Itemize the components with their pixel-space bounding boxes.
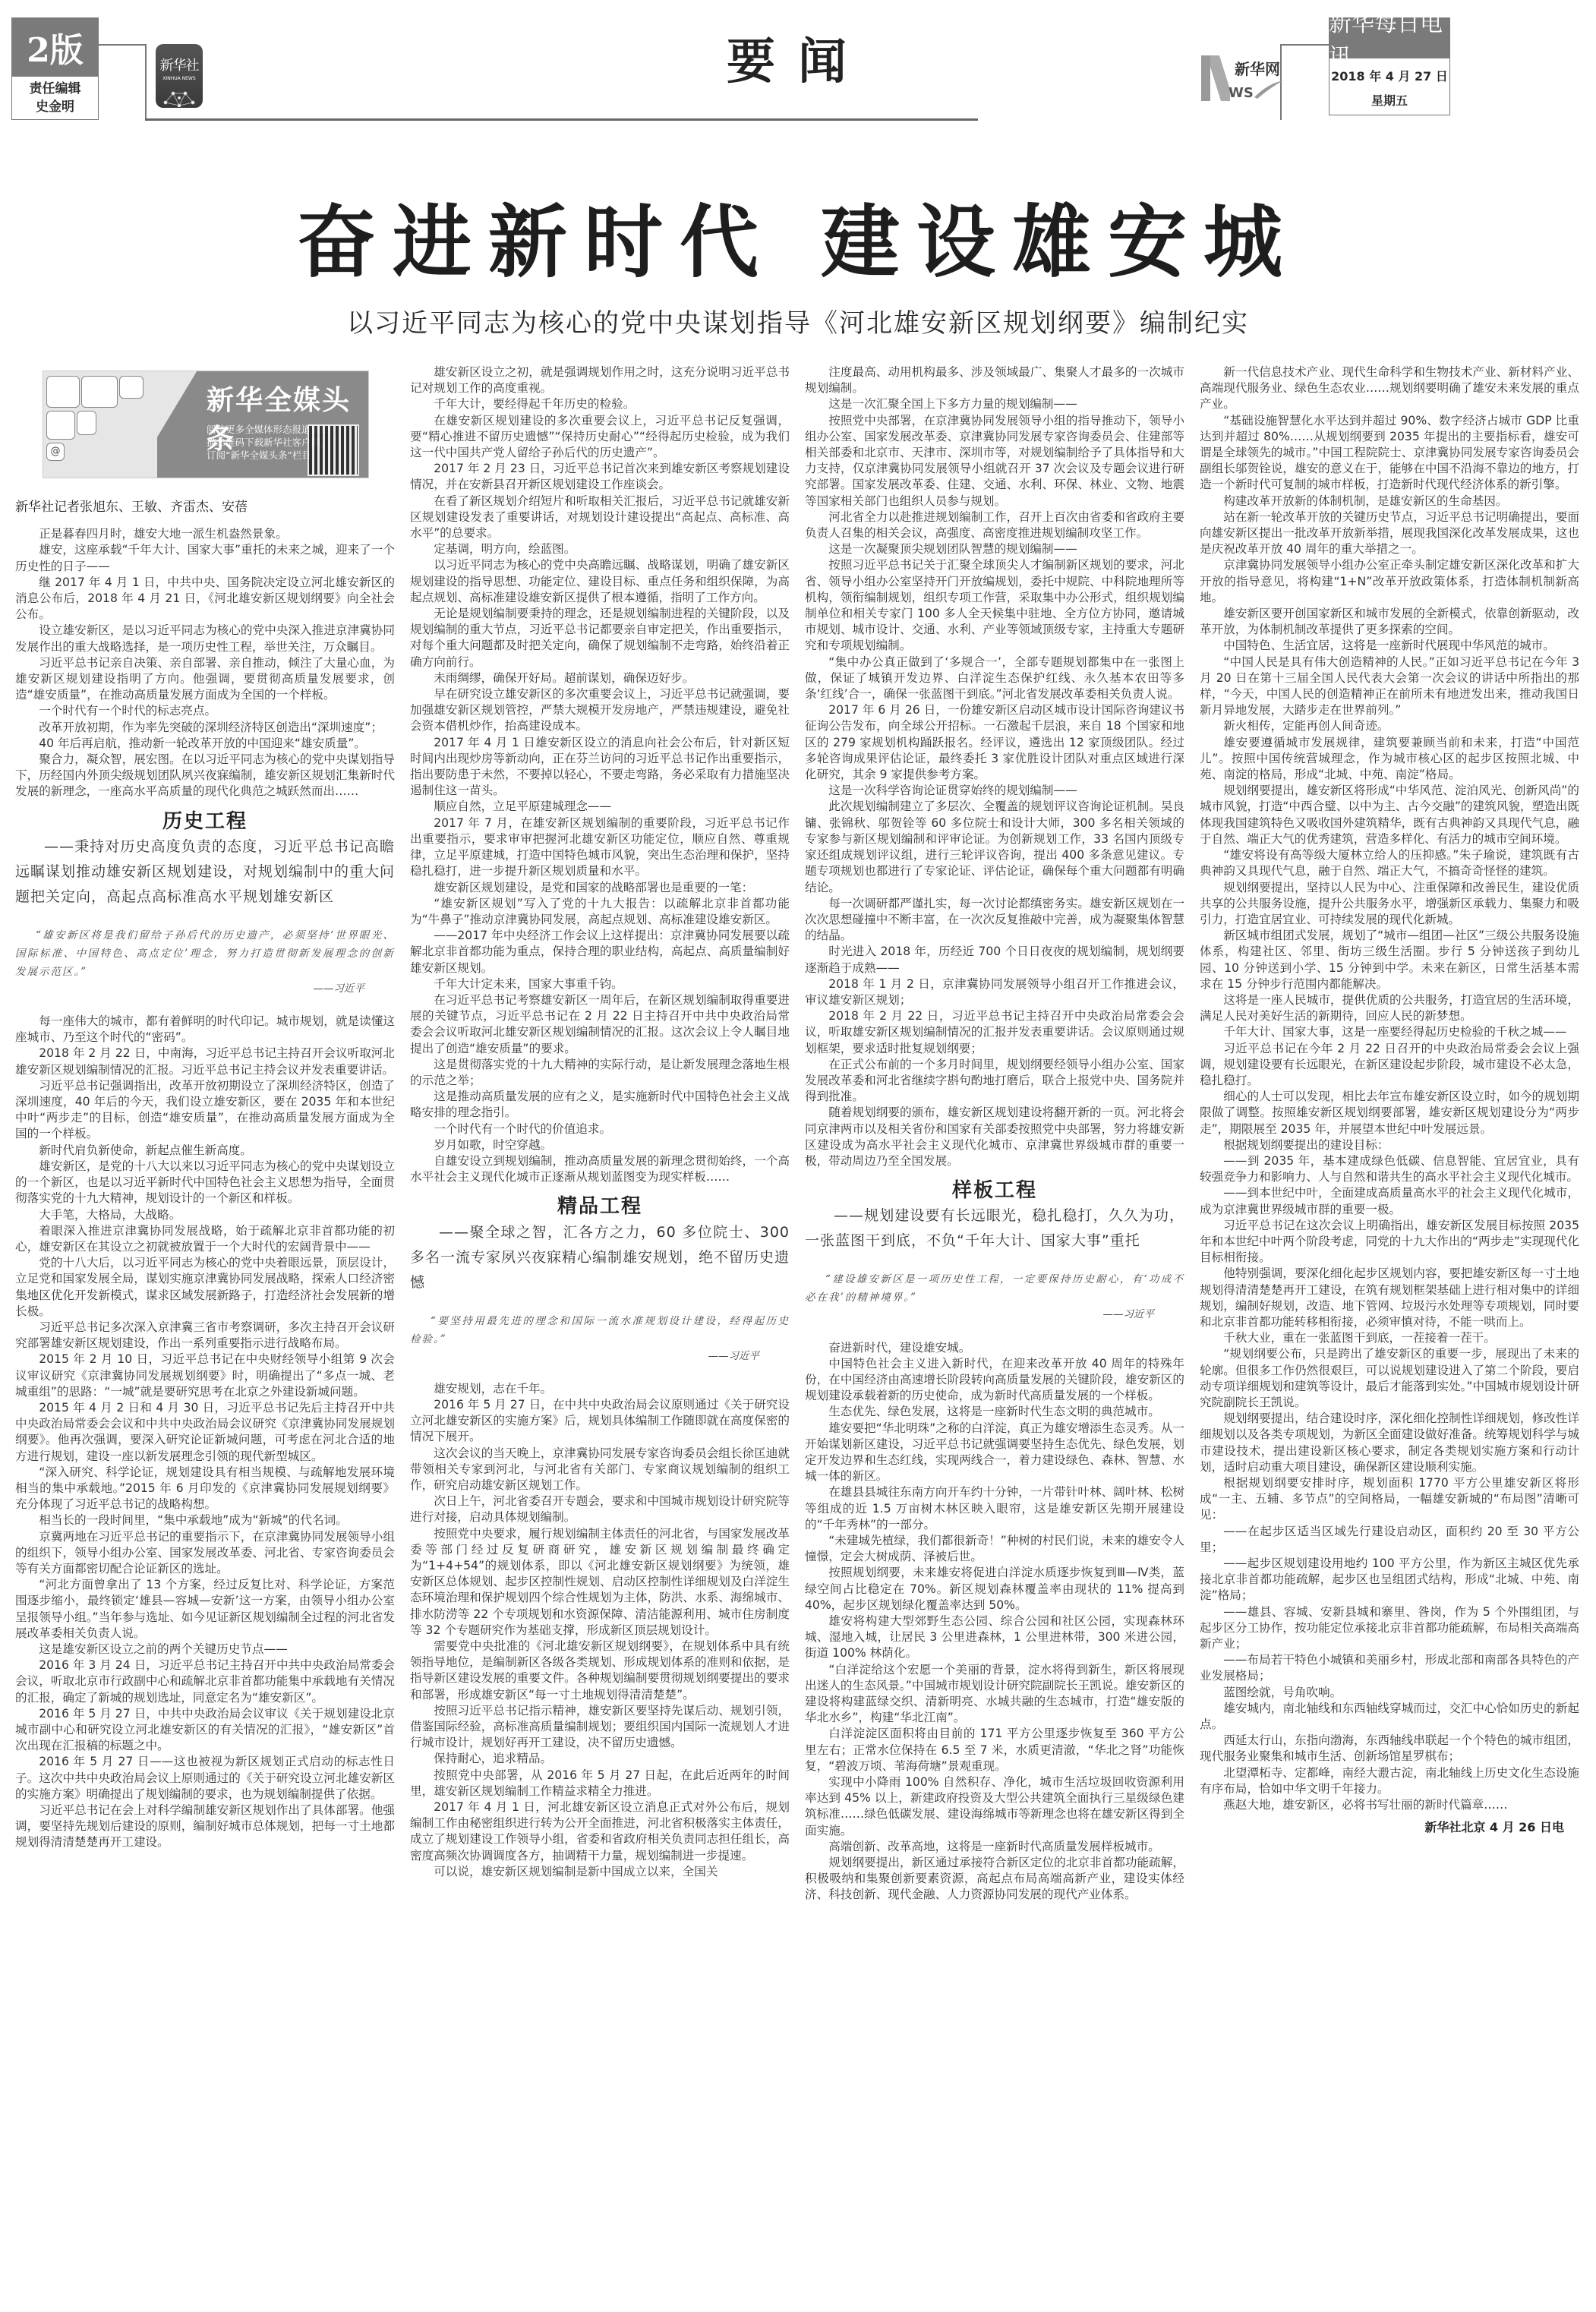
paragraph: 岁月如歌，时空穿越。: [410, 1137, 790, 1153]
paragraph: 聚合力，凝众智，展宏图。在以习近平同志为核心的党中央谋划指导下，历经国内外顶尖级…: [15, 752, 395, 800]
paragraph: “雄安将设有高等级大厦林立给人的压抑感。”朱子瑜说，建筑既有古典神韵又具现代气息…: [1200, 847, 1579, 879]
paragraph: 奋进新时代，建设雄安城。: [805, 1340, 1184, 1356]
paragraph: “集中办公真正做到了‘多规合一’，全部专题规划都集中在一张图上做，保证了城镇开发…: [805, 654, 1184, 703]
paper-name: 新华每日电讯: [1329, 17, 1450, 58]
paragraph: 雄安要遵循城市发展规律，建筑要兼顾当前和未来，打造“中国范儿”。按照中国传统营城…: [1200, 735, 1579, 784]
paragraph: 规划纲要提出，结合建设时序，深化细化控制性详细规划，修改性详细规划以及各类专项规…: [1200, 1411, 1579, 1475]
quote-model: “建设雄安新区是一项历史性工程，一定要保持历史耐心，有‘功成不必在我’的精神境界…: [805, 1270, 1184, 1307]
paragraph: 相当长的一段时间里，“集中承载地”成为“新城”的代名词。: [15, 1512, 395, 1528]
paragraph: “白洋淀给这个宏愿一个美丽的背景，淀水将得到新生，新区将展现出迷人的生态风景。”…: [805, 1662, 1184, 1727]
paragraph: “河北方面曾拿出了 13 个方案，经过反复比对、科学论证，方案范围逐步缩小，最终…: [15, 1577, 395, 1642]
paragraph: 习近平总书记在这次会议上明确指出，雄安新区发展目标按照 2035 年和本世纪中叶…: [1200, 1218, 1579, 1266]
paragraph: 千年大计定未来，国家大事重千钧。: [410, 976, 790, 992]
paragraph: 改革开放初期，作为率先突破的深圳经济特区创造出“深圳速度”；: [15, 720, 395, 736]
paragraph: 2017 年 4 月 1 日，河北雄安新区设立消息正式对外公布后，规划编制工作由…: [410, 1799, 790, 1864]
paper-info-box: 新华每日电讯 2018 年 4 月 27 日 星期五: [1329, 17, 1450, 115]
paragraph: 随着规划纲要的颁布，雄安新区规划建设将翻开新的一页。河北将会同京津两市以及相关省…: [805, 1105, 1184, 1169]
paragraph: 新火相传，定能再创人间奇迹。: [1200, 718, 1579, 734]
paragraph: 这是推动高质量发展的应有之义，是实施新时代中国特色社会主义战略安排的理念指引。: [410, 1089, 790, 1121]
paragraph: 2017 年 6 月 26 日，一份雄安新区启动区城市设计国际咨询建议书征询公告…: [805, 702, 1184, 783]
paragraph: 在习近平总书记考察雄安新区一周年后，在新区规划编制取得重要进展的关键节点，习近平…: [410, 992, 790, 1057]
paragraph: 新时代肩负新使命，新起点催生新高度。: [15, 1143, 395, 1159]
editor-name: 史金明: [12, 98, 98, 116]
paragraph: 这是一次科学咨询论证贯穿始终的规划编制——: [805, 783, 1184, 799]
main-headline: 奋进新时代建设雄安城: [0, 178, 1596, 292]
svg-text:WS: WS: [1229, 85, 1254, 101]
headline-part-1: 奋进新时代: [297, 196, 775, 289]
section-subtitle-model: ——规划建设要有长远眼光，稳扎稳打，久久为功，一张蓝图干到底，不负“千年大计、国…: [805, 1203, 1184, 1254]
paragraph: 每一次调研都严谨扎实，每一次讨论都缜密务实。雄安新区规划在一次次思想碰撞中不断丰…: [805, 896, 1184, 945]
paragraph: 这次会议的当天晚上，京津冀协同发展专家咨询委员会组长徐匡迪就带领相关专家到河北，…: [410, 1446, 790, 1494]
model-paragraphs: 奋进新时代，建设雄安城。中国特色社会主义进入新时代，在迎来改革开放 40 周年的…: [805, 1340, 1184, 1904]
paragraph: 正是暮春四月时，雄安大地一派生机盎然景象。: [15, 526, 395, 542]
paragraph: 实现中小降雨 100% 自然积存、净化，城市生活垃圾回收资源利用率达到 45% …: [805, 1774, 1184, 1839]
paragraph: 注度最高、动用机构最多、涉及领域最广、集聚人才最多的一次城市规划编制。: [805, 364, 1184, 396]
paragraph: 生态优先、绿色发展，这将是一座新时代生态文明的典范城市。: [805, 1404, 1184, 1420]
paragraph: 习近平总书记在会上对科学编制雄安新区规划作出了具体部署。他强调，要坚持先规划后建…: [15, 1803, 395, 1851]
paragraph: 千年大计、国家大事，这是一座要经得起历史检验的千秋之城——: [1200, 1024, 1579, 1040]
paragraph: 细心的人士可以发现，相比去年宣布雄安新区设立时，如今的规划期限做了调整。按照雄安…: [1200, 1089, 1579, 1137]
paragraph: 中国特色、生活宜居，这将是一座新时代展现中华风范的城市。: [1200, 638, 1579, 654]
paragraph: 雄安新区，是党的十八大以来以习近平同志为核心的党中央谋划设立的一个新区，也是以习…: [15, 1159, 395, 1207]
at-icon: @: [46, 443, 65, 461]
qr-code-icon[interactable]: [308, 424, 359, 476]
column-4: 新一代信息技术产业、现代生命科学和生物技术产业、新材料产业、高端现代服务业、绿色…: [1200, 364, 1579, 1835]
paragraph: 雄安将构建大型郊野生态公园、综合公园和社区公园，实现森林环城、湿地入城，让居民 …: [805, 1613, 1184, 1662]
paragraph: 他特别强调，要深化细化起步区规划内容，要把雄安新区每一寸土地规划得清清楚楚再开工…: [1200, 1266, 1579, 1330]
paragraph: ——布局若干特色小城镇和美丽乡村，形成北部和南部各具特色的产业发展格局；: [1200, 1652, 1579, 1684]
paragraph: 2018 年 1 月 2 日，京津冀协同发展领导小组召开工作推进会议，审议雄安新…: [805, 976, 1184, 1008]
paragraph: “深入研究、科学论证，规划建设具有相当规模、与疏解地发展环境相当的集中承载地。”…: [15, 1465, 395, 1513]
paragraph: 规划纲要提出，新区通过承接符合新区定位的北京非首都功能疏解，积极吸纳和集聚创新要…: [805, 1855, 1184, 1904]
qr-small-icon: [119, 376, 144, 399]
paragraph: 按照党中央要求，履行规划编制主体责任的河北省，与国家发展改革委等部门经过反复研商…: [410, 1526, 790, 1639]
paragraph: 设立雄安新区，是以习近平同志为核心的党中央深入推进京津冀协同发展作出的重大战略选…: [15, 623, 395, 654]
paragraph: 每一座伟大的城市，都有着鲜明的时代印记。城市规划，就是读懂这座城市、乃至这个时代…: [15, 1014, 395, 1046]
paragraph: 时光进入 2018 年，历经近 700 个日日夜夜的规划编制，规划纲要逐渐趋于成…: [805, 944, 1184, 976]
byline: 新华社记者张旭东、王敏、齐雷杰、安蓓: [15, 500, 395, 516]
column-4-paragraphs: 新一代信息技术产业、现代生命科学和生物技术产业、新材料产业、高端现代服务业、绿色…: [1200, 364, 1579, 1813]
paragraph: 习近平总书记在今年 2 月 22 日召开的中央政治局常委会会议上强调，规划建设要…: [1200, 1041, 1579, 1090]
quote-attribution: ——习近平: [410, 1348, 759, 1364]
paragraph: 构建改革开放新的体制机制，是雄安新区的生命基因。: [1200, 494, 1579, 509]
paragraph: 习近平总书记强调指出，改革开放初期设立了深圳经济特区，创造了深圳速度，40 年后…: [15, 1078, 395, 1143]
paragraph: 规划纲要提出，雄安新区将形成“中华风范、淀泊风光、创新风尚”的城市风貌，打造“中…: [1200, 783, 1579, 847]
paragraph: 一个时代有一个时代的标志亮点。: [15, 703, 395, 719]
paragraph: 高端创新、改革高地，这将是一座新时代高质量发展样板城市。: [805, 1839, 1184, 1855]
section-subtitle-history: ——秉持对历史高度负责的态度，习近平总书记高瞻远瞩谋划推动雄安新区规划建设，对规…: [15, 834, 395, 910]
paragraph: 燕赵大地，雄安新区，必将书写壮丽的新时代篇章……: [1200, 1797, 1579, 1813]
paragraph: 按照规划纲要，未来雄安将促进白洋淀水质逐步恢复到Ⅲ—Ⅳ类，蓝绿空间占比稳定在 7…: [805, 1565, 1184, 1613]
section-subtitle-quality: ——聚全球之智，汇各方之力，60 多位院士、300 多名一流专家夙兴夜寐精心编制…: [410, 1220, 790, 1295]
paragraph: 雄安新区要开创国家新区和城市发展的全新模式，依靠创新驱动，改革开放，为体制机制改…: [1200, 606, 1579, 638]
paragraph: 2016 年 5 月 27 日——这也被视为新区规划正式启动的标志性日子。这次中…: [15, 1754, 395, 1803]
paragraph: 一个时代有一个时代的价值追求。: [410, 1121, 790, 1137]
masthead-rule: [145, 118, 978, 121]
paragraph: 根据规划纲要提出的建设目标：: [1200, 1137, 1579, 1153]
paragraph: 可以说，雄安新区规划编制是新中国成立以来，全国关: [410, 1864, 790, 1880]
paragraph: 雄安要把“华北明珠”之称的白洋淀，真正为雄安增添生态灵秀。从一开始谋划新区建设，…: [805, 1421, 1184, 1485]
paragraph: 这是雄安新区设立之前的两个关键历史节点——: [15, 1642, 395, 1658]
paragraph: 顺应自然，立足平原建城理念——: [410, 799, 790, 815]
issue-weekday: 星期五: [1329, 89, 1449, 113]
paragraph: 这将是一座人民城市，提供优质的公共服务，打造宜居的生活环境，满足人民对美好生活的…: [1200, 992, 1579, 1024]
column-1: 新华社记者张旭东、王敏、齐雷杰、安蓓 正是暮春四月时，雄安大地一派生机盎然景象。…: [15, 486, 395, 1851]
paragraph: ——2017 年中央经济工作会议上这样提出：京津冀协同发展要以疏解北京非首都功能…: [410, 928, 790, 976]
paragraph: 站在新一轮改革开放的关键历史节点，习近平总书记明确提出，要面向雄安新区提出一批改…: [1200, 509, 1579, 558]
promo-banner: @ 新华全媒头条 阅读更多全媒体形态报道请扫描二维码下载新华社客户端，订阅“新华…: [43, 371, 369, 478]
intro-paragraphs: 正是暮春四月时，雄安大地一派生机盎然景象。雄安，这座承载“千年大计、国家大事”重…: [15, 526, 395, 800]
paragraph: “规划纲要公布，只是跨出了雄安新区的重要一步，展现出了未来的轮廓。但很多工作仍然…: [1200, 1346, 1579, 1411]
issue-date-block: 2018 年 4 月 27 日 星期五: [1329, 58, 1450, 115]
paragraph: ——到 2035 年，基本建成绿色低碳、信息智能、宜居宜业，具有较强竞争力和影响…: [1200, 1153, 1579, 1185]
paragraph: 京冀两地在习近平总书记的重要指示下，在京津冀协同发展领导小组的组织下，领导小组办…: [15, 1529, 395, 1578]
paragraph: ——起步区规划建设用地约 100 平方公里，作为新区主城区优先承接北京非首都功能…: [1200, 1556, 1579, 1604]
paragraph: 2016 年 5 月 27 日，在中共中央政治局会议原则通过《关于研究设立河北雄…: [410, 1397, 790, 1446]
paragraph: 千年大计，要经得起千年历史的检验。: [410, 396, 790, 412]
paragraph: 千秋大业，重在一张蓝图干到底，一茬接着一茬干。: [1200, 1330, 1579, 1346]
paragraph: 早在研究设立雄安新区的多次重要会议上，习近平总书记就强调，要加强雄安新区规划管控…: [410, 686, 790, 735]
section-heading-quality: 精品工程: [410, 1199, 790, 1215]
paragraph: 2017 年 2 月 23 日，习近平总书记首次来到雄安新区考察规划建设情况，并…: [410, 461, 790, 493]
column-2-paragraphs: 雄安新区设立之初，就是强调规划作用之时，这充分说明习近平总书记对规划工作的高度重…: [410, 364, 790, 1185]
paragraph: 2017 年 7 月，在雄安新区规划编制的重要阶段，习近平总书记作出重要指示，要…: [410, 815, 790, 880]
paragraph: 雄安，这座承载“千年大计、国家大事”重托的未来之城，迎来了一个历史性的日子——: [15, 542, 395, 574]
paragraph: 河北省全力以赴推进规划编制工作，召开上百次由省委和省政府主要负责人召集的相关会议…: [805, 509, 1184, 541]
paragraph: 在看了新区规划介绍短片和听取相关汇报后，习近平总书记就雄安新区规划建设发表了重要…: [410, 494, 790, 542]
paragraph: ——雄县、容城、安新县城和寨里、昝岗，作为 5 个外围组团，与起步区分工协作，按…: [1200, 1604, 1579, 1653]
paragraph: 京津冀协同发展领导小组办公室正牵头制定雄安新区深化改革和扩大开放的指导意见，将构…: [1200, 557, 1579, 606]
quote-attribution: ——习近平: [15, 981, 364, 997]
paragraph: “未建城先植绿，我们都很新奇！”种树的村民们说，未来的雄安令人憧憬，定会大树成荫…: [805, 1533, 1184, 1565]
paragraph: 以习近平同志为核心的党中央高瞻远瞩、战略谋划，明确了雄安新区规划建设的指导思想、…: [410, 557, 790, 606]
svg-text:新华网: 新华网: [1235, 60, 1280, 78]
issue-date: 2018 年 4 月 27 日: [1329, 65, 1449, 89]
paragraph: 2015 年 4 月 2 日和 4 月 30 日，习近平总书记先后主持召开中共中…: [15, 1400, 395, 1465]
section-heading-model: 样板工程: [805, 1183, 1184, 1199]
column-3: 注度最高、动用机构最多、涉及领域最广、集聚人才最多的一次城市规划编制。这是一次汇…: [805, 364, 1184, 1904]
paragraph: 这是一次凝聚顶尖规划团队智慧的规划编制——: [805, 541, 1184, 557]
quote-history: “雄安新区将是我们留给子孙后代的历史遗产，必须坚持‘世界眼光、国际标准、中国特色…: [15, 926, 395, 981]
paragraph: 2017 年 4 月 1 日雄安新区设立的消息向社会公布后，针对新区短时间内出现…: [410, 735, 790, 800]
paragraph: 2016 年 5 月 27 日，中共中央政治局会议审议《关于规划建设北京城市副中…: [15, 1706, 395, 1755]
paragraph: 按照习近平总书记关于汇聚全球顶尖人才编制新区规划的要求，河北省、领导小组办公室坚…: [805, 557, 1184, 654]
paragraph: 这是一次汇聚全国上下多方力量的规划编制——: [805, 396, 1184, 412]
paragraph: 此次规划编制建立了多层次、全覆盖的规划评议咨询论证机制。吴良镛、张锦秋、邬贺铨等…: [805, 799, 1184, 895]
headline-part-2: 建设雄安城: [821, 196, 1299, 289]
paragraph: 按照党中央部署，从 2016 年 5 月 27 日起，在此后近两年的时间里，雄安…: [410, 1768, 790, 1799]
paragraph: 40 年后再启航，推动新一轮改革开放的中国迎来“雄安质量”。: [15, 736, 395, 752]
paragraph: 根据规划纲要安排时序，规划面积 1770 平方公里雄安新区将形成“一主、五辅、多…: [1200, 1475, 1579, 1524]
paragraph: “基础设施智慧化水平达到并超过 90%、数字经济占城市 GDP 比重达到并超过 …: [1200, 413, 1579, 494]
drone-icon: [46, 411, 75, 440]
paragraph: 这是贯彻落实党的十九大精神的实际行动，是让新发展理念落地生根的示范之举；: [410, 1057, 790, 1089]
paragraph: “中国人民是具有伟大创造精神的人民。”正如习近平总书记在今年 3 月 20 日在…: [1200, 654, 1579, 719]
section-heading-history: 历史工程: [15, 814, 395, 830]
paragraph: 定基调，明方向，绘蓝图。: [410, 541, 790, 557]
paragraph: 在雄安新区规划建设的多次重要会议上，习近平总书记反复强调，要“精心推进不留历史遗…: [410, 413, 790, 462]
paragraph: 北望潭柘寺、定都峰，南经大溵古淀，南北轴线上历史文化生态设施有序布局，恰如中华文…: [1200, 1765, 1579, 1797]
column-3-paragraphs: 注度最高、动用机构最多、涉及领域最广、集聚人才最多的一次城市规划编制。这是一次汇…: [805, 364, 1184, 1169]
paragraph: 新一代信息技术产业、现代生命科学和生物技术产业、新材料产业、高端现代服务业、绿色…: [1200, 364, 1579, 413]
column-2: 雄安新区设立之初，就是强调规划作用之时，这充分说明习近平总书记对规划工作的高度重…: [410, 364, 790, 1880]
xinhua-app-icon: [81, 376, 118, 408]
paragraph: 大手笔，大格局，大战略。: [15, 1207, 395, 1223]
paragraph: 继 2017 年 4 月 1 日，中共中央、国务院决定设立河北雄安新区的消息公布…: [15, 575, 395, 623]
sub-headline: 以习近平同志为核心的党中央谋划指导《河北雄安新区规划纲要》编制纪实: [0, 302, 1596, 339]
phone-icon: [77, 411, 96, 435]
paragraph: ——到本世纪中叶，全面建成高质量高水平的社会主义现代化城市，成为京津冀世界级城市…: [1200, 1185, 1579, 1217]
paragraph: 按照习近平总书记指示精神，雄安新区要坚持先谋后动、规划引领，借鉴国际经验，高标准…: [410, 1703, 790, 1752]
paragraph: 在雄县县城往东南方向开车约十分钟，一片带针叶林、阔叶林、松树等组成的近 1.5 …: [805, 1484, 1184, 1533]
paragraph: 蓝图绘就，号角吹响。: [1200, 1685, 1579, 1701]
paragraph: 在正式公布前的一个多月时间里，规划纲要经领导小组办公室、国家发展改革委和河北省继…: [805, 1057, 1184, 1106]
paragraph: 保持耐心，追求精品。: [410, 1751, 790, 1767]
paragraph: “雄安新区规划”写入了党的十九大报告：以疏解北京非首都功能为“牛鼻子”推动京津冀…: [410, 896, 790, 928]
paragraph: 规划纲要提出，坚持以人民为中心、注重保障和改善民生，建设优质共享的公共服务设施，…: [1200, 880, 1579, 929]
paragraph: 雄安新区规划建设，是党和国家的战略部署也是重要的一笔：: [410, 880, 790, 896]
paragraph: 2018 年 2 月 22 日，中南海，习近平总书记主持召开会议听取河北雄安新区…: [15, 1046, 395, 1077]
paragraph: 2015 年 2 月 10 日，习近平总书记在中央财经领导小组第 9 次会议审议…: [15, 1352, 395, 1400]
paragraph: 习近平总书记多次深入京津冀三省市考察调研，多次主持召开会议研究部署雄安新区规划建…: [15, 1320, 395, 1352]
paragraph: 白洋淀淀区面积将由目前的 171 平方公里逐步恢复至 360 平方公里左右；正常…: [805, 1726, 1184, 1774]
paragraph: 中国特色社会主义进入新时代，在迎来改革开放 40 周年的特殊年份，在中国经济由高…: [805, 1356, 1184, 1405]
paragraph: 西延太行山，东指向渤海，东西轴线串联起一个个特色的城市组团，现代服务业聚集和城市…: [1200, 1733, 1579, 1765]
paragraph: 2016 年 3 月 24 日，习近平总书记主持召开中共中央政治局常委会会议，听…: [15, 1658, 395, 1706]
paragraph: 次日上午，河北省委召开专题会，要求和中国城市规划设计研究院等进行对接，启动具体规…: [410, 1493, 790, 1525]
paragraph: 党的十八大后，以习近平同志为核心的党中央着眼远景，顶层设计，立足党和国家发展全局…: [15, 1255, 395, 1320]
dateline: 新华社北京 4 月 26 日电: [1200, 1819, 1579, 1835]
quality-paragraphs: 雄安规划，志在千年。2016 年 5 月 27 日，在中共中央政治局会议原则通过…: [410, 1381, 790, 1880]
paragraph: 新区城市组团式发展，规划了“城市—组团—社区”三级公共服务设施体系，构建社区、邻…: [1200, 928, 1579, 992]
paragraph: 2018 年 2 月 22 日，习近平总书记主持召开中央政治局常委会会议，听取雄…: [805, 1008, 1184, 1057]
paragraph: 习近平总书记亲自决策、亲自部署、亲自推动，倾注了大量心血，为雄安新区规划建设指明…: [15, 655, 395, 704]
paragraph: 未雨绸缪，确保开好局。超前谋划，确保迈好步。: [410, 670, 790, 686]
paragraph: 雄安新区设立之初，就是强调规划作用之时，这充分说明习近平总书记对规划工作的高度重…: [410, 364, 790, 396]
quote-attribution: ——习近平: [805, 1307, 1154, 1323]
quote-quality: “要坚持用最先进的理念和国际一流水准规划设计建设，经得起历史检验。”: [410, 1312, 790, 1348]
xinhuanet-logo-icon: 新华网 WS: [1201, 52, 1285, 105]
history-paragraphs: 每一座伟大的城市，都有着鲜明的时代印记。城市规划，就是读懂这座城市、乃至这个时代…: [15, 1014, 395, 1851]
paragraph: 雄安规划，志在千年。: [410, 1381, 790, 1397]
paragraph: ——在起步区适当区域先行建设启动区，面积约 20 至 30 平方公里；: [1200, 1524, 1579, 1556]
paragraph: 按照党中央部署，在京津冀协同发展领导小组的指导推动下，领导小组办公室、国家发展改…: [805, 413, 1184, 509]
paragraph: 着眼深入推进京津冀协同发展战略，始于疏解北京非首都功能的初心，雄安新区在其设立之…: [15, 1223, 395, 1255]
paragraph: 雄安城内，南北轴线和东西轴线穿城而过，交汇中心恰如历史的新起点。: [1200, 1701, 1579, 1733]
paragraph: 无论是规划编制要秉持的理念，还是规划编制进程的关键阶段，以及规划编制的重大节点，…: [410, 606, 790, 670]
paragraph: 需要党中央批准的《河北雄安新区规划纲要》，在规划体系中具有统领指导地位，是编制新…: [410, 1639, 790, 1703]
paragraph: 自雄安设立到规划编制，推动高质量发展的新理念贯彻始终，一个高水平社会主义现代化城…: [410, 1153, 790, 1185]
news-app-icon: [46, 376, 80, 408]
